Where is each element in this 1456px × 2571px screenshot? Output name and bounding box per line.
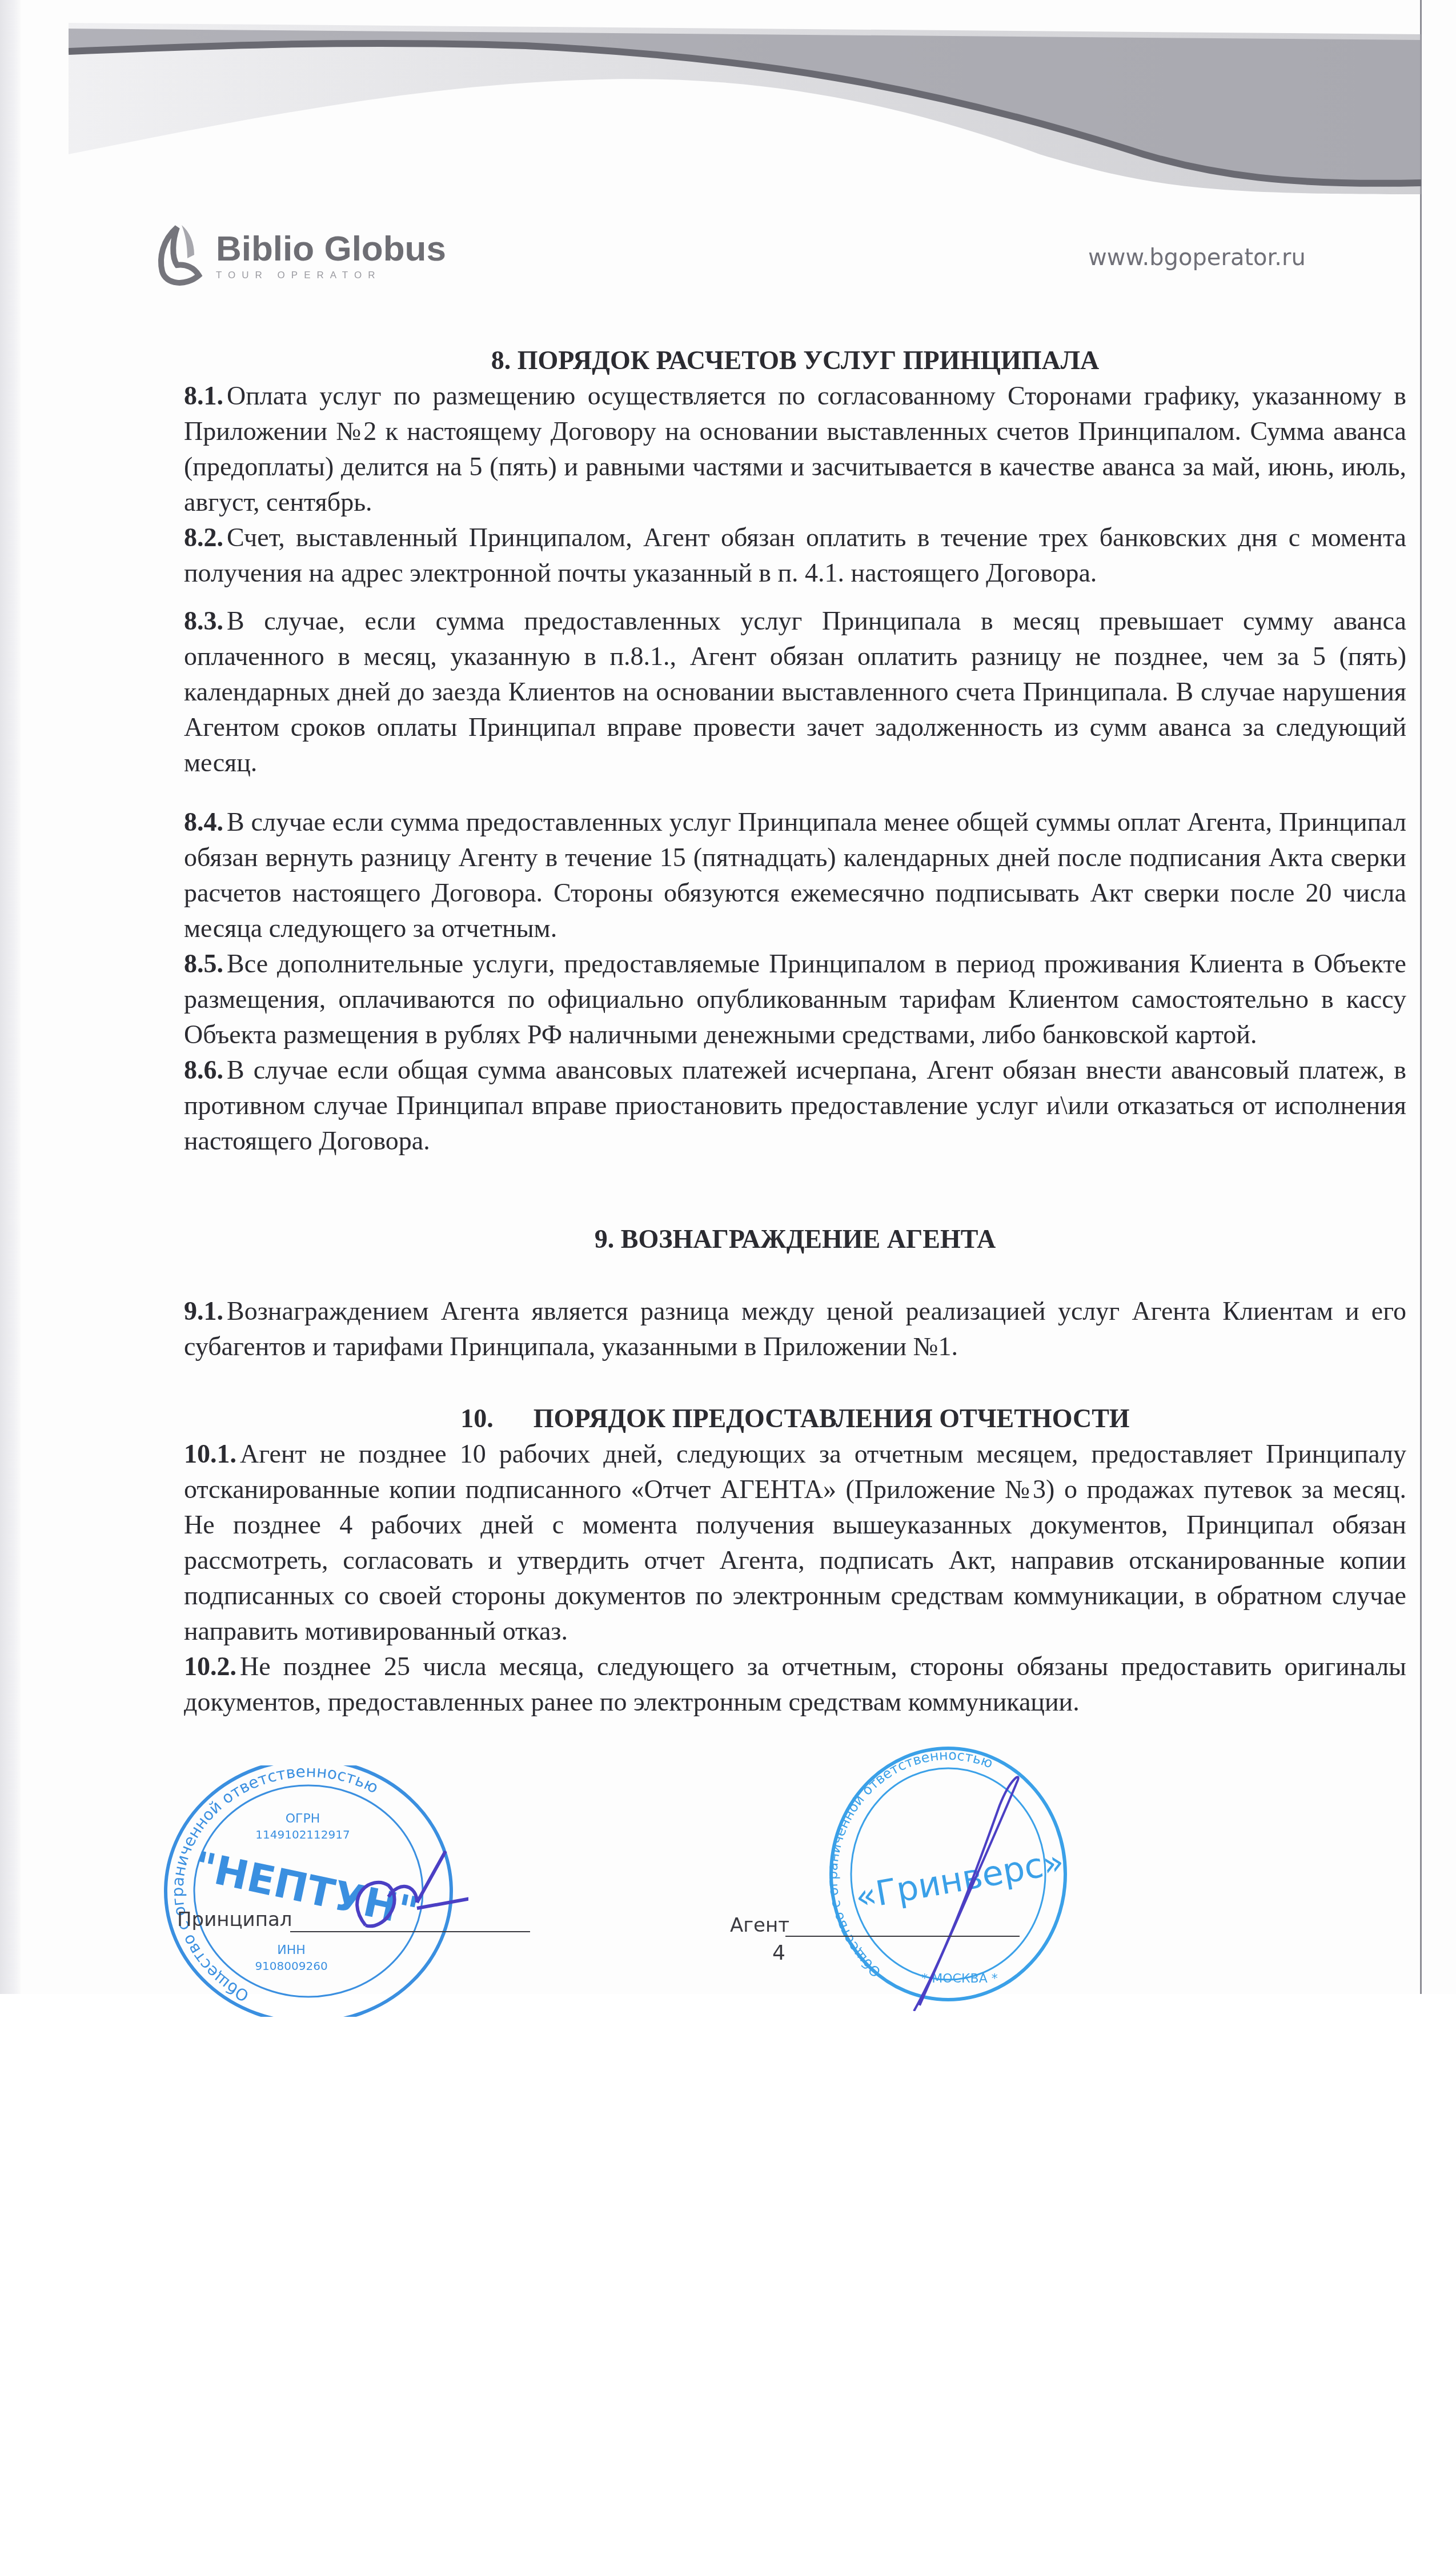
- clause-8-5: 8.5.Все дополнительные услуги, предостав…: [184, 946, 1406, 1052]
- clause-10-2: 10.2.Не позднее 25 числа месяца, следующ…: [184, 1649, 1406, 1720]
- clause-text: Все дополнительные услуги, предоставляем…: [184, 949, 1406, 1049]
- stamp-right-name: «Гринверс»: [852, 1841, 1067, 1917]
- stamp-ogrn: 1149102112917: [255, 1828, 350, 1841]
- scan-edge-shadow: [0, 0, 21, 1994]
- stamp-inn-label: ИНН: [277, 1943, 306, 1957]
- stamp-ogrn-label: ОГРН: [286, 1812, 320, 1826]
- principal-label: Принципал: [177, 1908, 292, 1931]
- agent-label: Агент: [730, 1914, 789, 1937]
- section-title-10: 10.ПОРЯДОК ПРЕДОСТАВЛЕНИЯ ОТЧЕТНОСТИ: [184, 1401, 1406, 1436]
- clause-8-6: 8.6.В случае если общая сумма авансовых …: [184, 1052, 1406, 1159]
- clause-9-1: 9.1.Вознаграждением Агента является разн…: [184, 1293, 1406, 1364]
- clause-number: 8.1.: [184, 381, 223, 410]
- clause-text: Вознаграждением Агента является разница …: [184, 1296, 1406, 1361]
- clause-8-2: 8.2.Счет, выставленный Принципалом, Аген…: [184, 520, 1406, 591]
- clause-10-1: 10.1.Агент не позднее 10 рабочих дней, с…: [184, 1436, 1406, 1649]
- page-edge-line: [1420, 0, 1422, 1994]
- stamp-neptun: Общество с ограниченной ответственностью…: [149, 1765, 468, 2017]
- logo-mark-icon: [154, 223, 206, 289]
- clause-number: 8.6.: [184, 1055, 223, 1084]
- logo-subtitle: TOUR OPERATOR: [216, 270, 446, 281]
- principal-signature-line: [290, 1931, 530, 1932]
- clause-text: Агент не позднее 10 рабочих дней, следую…: [184, 1439, 1406, 1645]
- logo-name: Biblio Globus: [216, 231, 446, 267]
- clause-text: Не позднее 25 числа месяца, следующего з…: [184, 1652, 1406, 1716]
- section-title-9: 9. ВОЗНАГРАЖДЕНИЕ АГЕНТА: [184, 1222, 1406, 1257]
- agent-signature-line: [785, 1936, 1020, 1937]
- clause-text: В случае, если сумма предоставленных усл…: [184, 606, 1406, 777]
- signature-area: Общество с ограниченной ответственностью…: [0, 1743, 1456, 1994]
- clause-text: В случае если сумма предоставленных услу…: [184, 807, 1406, 943]
- clause-number: 8.4.: [184, 807, 223, 836]
- clause-number: 9.1.: [184, 1296, 223, 1325]
- website-url: www.bgoperator.ru: [1088, 245, 1306, 271]
- clause-number: 10.2.: [184, 1652, 236, 1681]
- clause-8-1: 8.1.Оплата услуг по размещению осуществл…: [184, 378, 1406, 520]
- stamp-grinvers: Общество с ограниченной ответственностью…: [817, 1743, 1068, 2011]
- biblio-globus-logo: Biblio Globus TOUR OPERATOR: [154, 223, 446, 289]
- clause-number: 10.1.: [184, 1439, 236, 1468]
- page-number: 4: [772, 1941, 785, 1965]
- clause-number: 8.5.: [184, 949, 223, 978]
- section-number: 10.: [460, 1404, 494, 1433]
- clause-number: 8.3.: [184, 606, 223, 635]
- clause-text: Счет, выставленный Принципалом, Агент об…: [184, 523, 1406, 587]
- section-title-8: 8. ПОРЯДОК РАСЧЕТОВ УСЛУГ ПРИНЦИПАЛА: [184, 343, 1406, 378]
- scanned-page: Biblio Globus TOUR OPERATOR www.bgoperat…: [0, 0, 1456, 1994]
- clause-text: Оплата услуг по размещению осуществляетс…: [184, 381, 1406, 516]
- document-body: 8. ПОРЯДОК РАСЧЕТОВ УСЛУГ ПРИНЦИПАЛА 8.1…: [184, 343, 1406, 1720]
- stamp-inn: 9108009260: [255, 1959, 327, 1973]
- clause-8-3: 8.3.В случае, если сумма предоставленных…: [184, 603, 1406, 780]
- clause-8-4: 8.4.В случае если сумма предоставленных …: [184, 804, 1406, 946]
- header-wave-graphic: [69, 23, 1421, 194]
- clause-text: В случае если общая сумма авансовых плат…: [184, 1055, 1406, 1155]
- clause-number: 8.2.: [184, 523, 223, 552]
- section-title-text: ПОРЯДОК ПРЕДОСТАВЛЕНИЯ ОТЧЕТНОСТИ: [534, 1404, 1130, 1433]
